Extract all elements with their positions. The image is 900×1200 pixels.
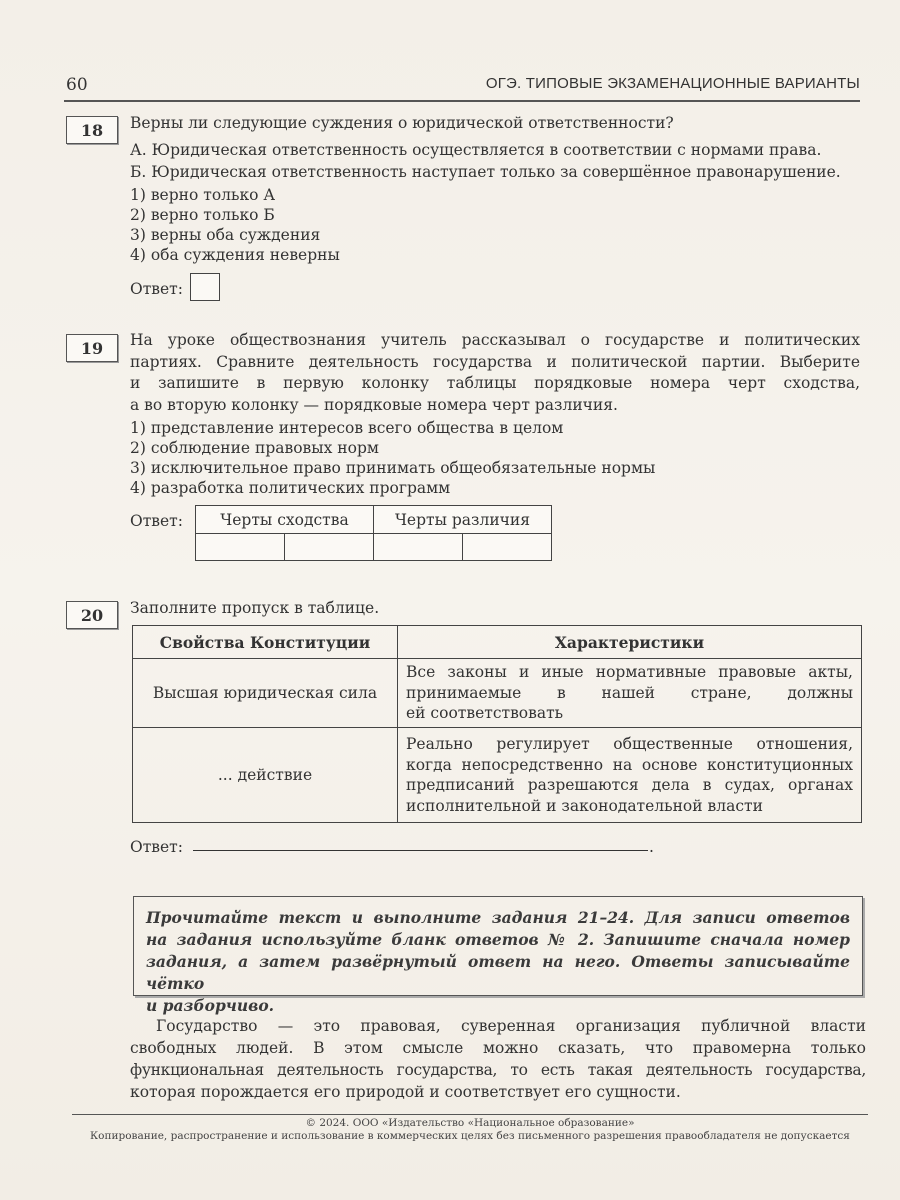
instruction-line: задания, а затем развёрнутый ответ на не… <box>146 951 850 995</box>
q18-statements: А. Юридическая ответственность осуществл… <box>130 140 841 184</box>
q20-answer-line[interactable] <box>193 850 648 851</box>
question-number-18: 18 <box>66 116 118 144</box>
text-line: Все законы и иные нормативные правовые а… <box>406 662 853 683</box>
passage-line: функциональная деятельность государства,… <box>130 1059 866 1081</box>
q19-answer-cell[interactable] <box>196 534 285 561</box>
q19-stem-line: партиях. Сравните деятельность государст… <box>130 352 860 374</box>
copyright-notice: Копирование, распространение и использов… <box>70 1130 870 1143</box>
q20-header-characteristics: Характеристики <box>398 626 862 659</box>
q20-stem: Заполните пропуск в таблице. <box>130 598 379 618</box>
q18-options: 1) верно только А 2) верно только Б 3) в… <box>130 185 340 265</box>
q19-header-differences: Черты различия <box>374 506 552 534</box>
q19-answer-cell[interactable] <box>285 534 374 561</box>
q19-option-1: 1) представление интересов всего обществ… <box>130 418 655 438</box>
q18-statement-a: А. Юридическая ответственность осуществл… <box>130 140 841 162</box>
q19-options: 1) представление интересов всего обществ… <box>130 418 655 498</box>
text-line: принимаемые в нашей стране, должны <box>406 683 853 704</box>
q20-property-cell-blank: ... действие <box>133 728 398 823</box>
footer-divider <box>72 1114 868 1115</box>
passage-line: Государство — это правовая, суверенная о… <box>130 1015 866 1037</box>
q19-answer-cell[interactable] <box>463 534 552 561</box>
copyright-text: © 2024. ООО «Издательство «Национальное … <box>70 1117 870 1130</box>
text-line: исполнительной и законодательной власти <box>406 796 853 817</box>
page-footer: © 2024. ООО «Издательство «Национальное … <box>70 1117 870 1143</box>
q20-characteristic-cell: Реально регулирует общественные отношени… <box>398 728 862 823</box>
q19-answer-label: Ответ: <box>130 512 183 530</box>
running-title: ОГЭ. ТИПОВЫЕ ЭКЗАМЕНАЦИОННЫЕ ВАРИАНТЫ <box>486 75 860 92</box>
q20-answer-label: Ответ: <box>130 838 183 856</box>
q19-option-4: 4) разработка политических программ <box>130 478 655 498</box>
table-row: Высшая юридическая сила Все законы и ины… <box>133 659 862 728</box>
page-number: 60 <box>66 75 88 95</box>
passage-line: свободных людей. В этом смысле можно ска… <box>130 1037 866 1059</box>
q20-header-properties: Свойства Конституции <box>133 626 398 659</box>
q18-stem: Верны ли следующие суждения о юридическо… <box>130 113 674 133</box>
q19-stem-line: На уроке обществознания учитель рассказы… <box>130 330 860 352</box>
q18-statement-b: Б. Юридическая ответственность наступает… <box>130 162 841 184</box>
instructions-box: Прочитайте текст и выполните задания 21–… <box>133 896 863 996</box>
q19-stem-line: а во вторую колонку — порядковые номера … <box>130 395 860 417</box>
passage-line: которая порождается его природой и соотв… <box>130 1081 866 1103</box>
q19-option-3: 3) исключительное право принимать общеоб… <box>130 458 655 478</box>
reading-passage: Государство — это правовая, суверенная о… <box>130 1015 866 1103</box>
q19-answer-table: Черты сходства Черты различия <box>195 505 552 561</box>
instruction-line: на задания используйте бланк ответов № 2… <box>146 929 850 951</box>
text-line: Реально регулирует общественные отношени… <box>406 734 853 755</box>
text-line: ей соответствовать <box>406 703 853 724</box>
question-number-19: 19 <box>66 334 118 362</box>
q18-option-1: 1) верно только А <box>130 185 340 205</box>
table-row: ... действие Реально регулирует обществе… <box>133 728 862 823</box>
q19-header-similarities: Черты сходства <box>196 506 374 534</box>
q20-table: Свойства Конституции Характеристики Высш… <box>132 625 862 823</box>
q19-stem-line: и запишите в первую колонку таблицы поря… <box>130 373 860 395</box>
q18-option-2: 2) верно только Б <box>130 205 340 225</box>
q18-option-4: 4) оба суждения неверны <box>130 245 340 265</box>
text-line: когда непосредственно на основе конститу… <box>406 755 853 776</box>
q19-stem: На уроке обществознания учитель рассказы… <box>130 330 860 416</box>
exam-page: 60 ОГЭ. ТИПОВЫЕ ЭКЗАМЕНАЦИОННЫЕ ВАРИАНТЫ… <box>0 0 900 1200</box>
question-number-20: 20 <box>66 601 118 629</box>
q18-option-3: 3) верны оба суждения <box>130 225 340 245</box>
page-header: 60 ОГЭ. ТИПОВЫЕ ЭКЗАМЕНАЦИОННЫЕ ВАРИАНТЫ <box>64 72 860 102</box>
q19-answer-cell[interactable] <box>374 534 463 561</box>
q18-answer-box[interactable] <box>190 273 220 301</box>
q19-option-2: 2) соблюдение правовых норм <box>130 438 655 458</box>
q20-answer-period: . <box>649 838 654 856</box>
instruction-line: и разборчиво. <box>146 995 850 1017</box>
q18-answer-label: Ответ: <box>130 280 183 298</box>
text-line: предписаний разрешаются дела в судах, ор… <box>406 775 853 796</box>
instruction-line: Прочитайте текст и выполните задания 21–… <box>146 907 850 929</box>
q20-property-cell: Высшая юридическая сила <box>133 659 398 728</box>
q20-characteristic-cell: Все законы и иные нормативные правовые а… <box>398 659 862 728</box>
